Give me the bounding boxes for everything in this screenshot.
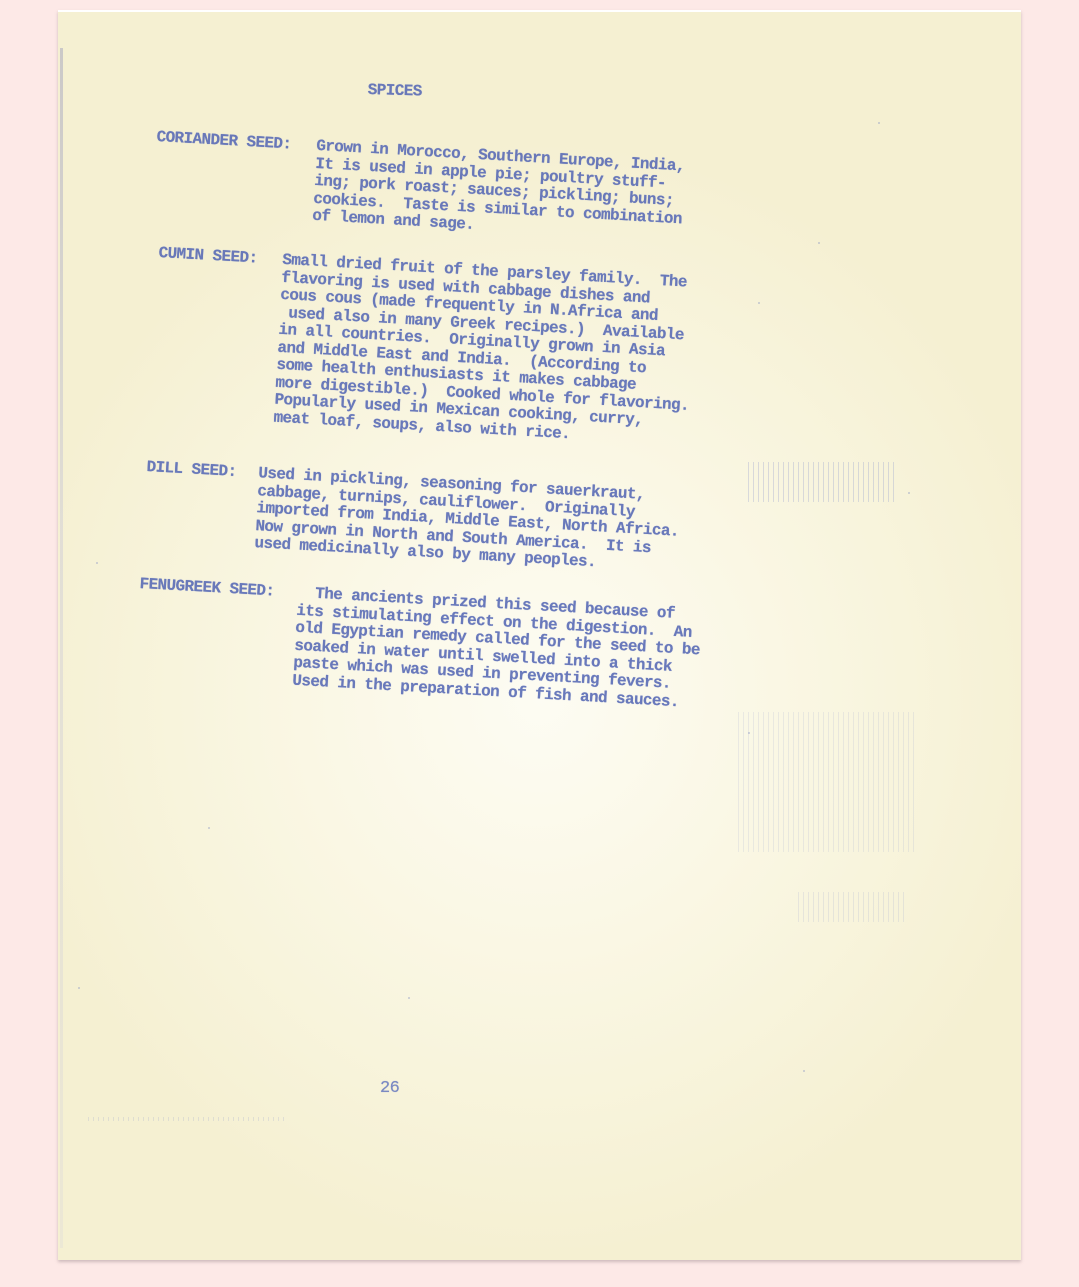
scan-speck (208, 827, 210, 829)
entry-term: DILL SEED: (146, 459, 237, 481)
scan-speck (908, 492, 910, 494)
scan-speck (96, 562, 98, 564)
scanned-page: SPICES CORIANDER SEED: Grown in Morocco,… (58, 10, 1021, 1260)
page-number: 26 (380, 1080, 399, 1098)
entry-description: Grown in Morocco, Southern Europe, India… (312, 138, 685, 246)
page-edge-shadow (60, 48, 63, 1248)
entry-term: CORIANDER SEED: (156, 129, 292, 154)
entry-description: Small dried fruit of the parsley family.… (273, 252, 696, 450)
scan-speck (758, 302, 760, 304)
scan-speck (803, 1070, 805, 1072)
bleed-through (88, 1117, 288, 1121)
entry-term: CUMIN SEED: (158, 245, 258, 268)
scan-speck (408, 997, 410, 999)
bleed-through (748, 462, 898, 502)
entry-term: FENUGREEK SEED: (139, 576, 275, 601)
scan-speck (78, 987, 80, 989)
entry-description: Used in pickling, seasoning for sauerkra… (254, 465, 681, 576)
scan-speck (878, 122, 880, 124)
page-heading: SPICES (368, 82, 422, 101)
bleed-through (798, 892, 908, 922)
entry-description: The ancients prized this seed because of… (292, 585, 702, 712)
scan-speck (818, 242, 820, 244)
bleed-through (738, 712, 918, 852)
